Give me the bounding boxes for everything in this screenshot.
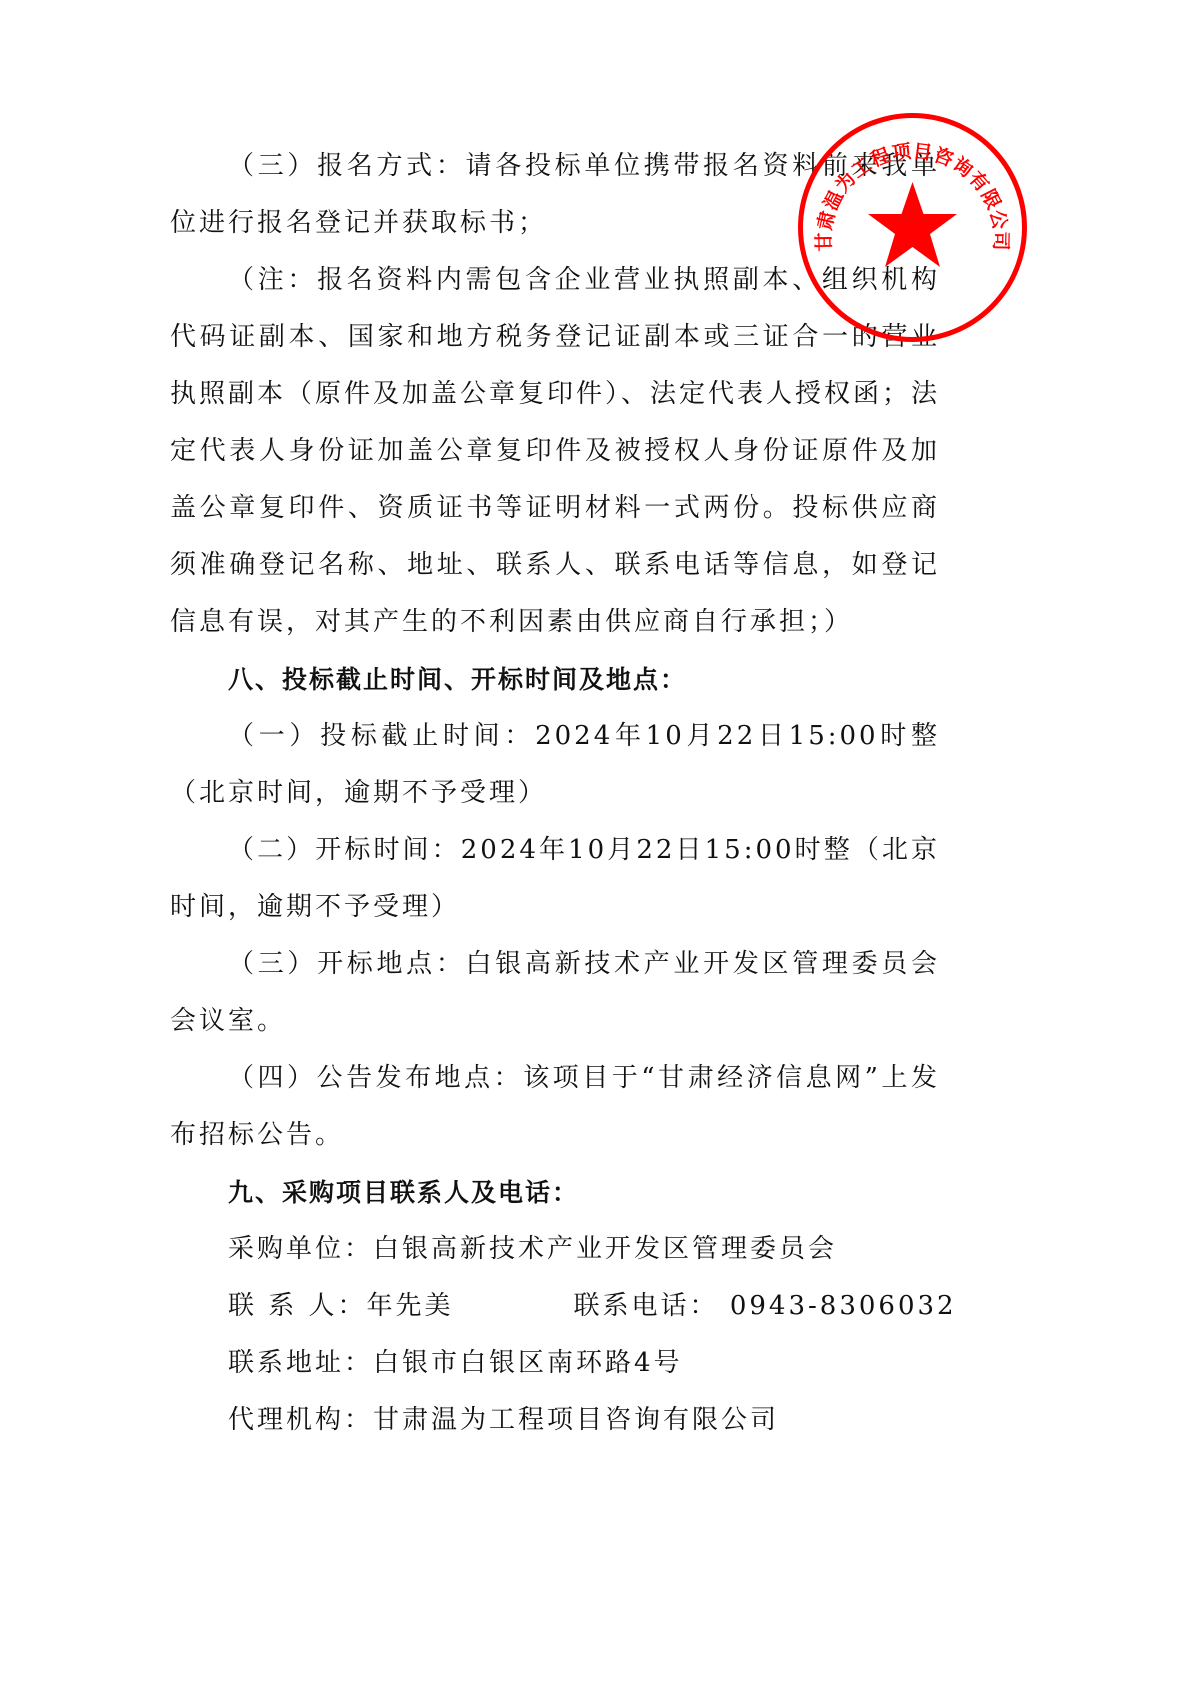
purchaser-value: 白银高新技术产业开发区管理委员会 — [373, 1234, 837, 1264]
purchaser-label: 采购单位： — [228, 1221, 373, 1278]
bid-opening-location-paragraph: （三）开标地点：白银高新技术产业开发区管理委员会会议室。 — [170, 936, 940, 1050]
agency-line: 代理机构：甘肃温为工程项目咨询有限公司 — [170, 1392, 940, 1449]
address-line: 联系地址：白银市白银区南环路4号 — [170, 1335, 940, 1392]
section-9-heading: 九、采购项目联系人及电话： — [170, 1164, 940, 1221]
document-page: （三）报名方式：请各投标单位携带报名资料前来我单位进行报名登记并获取标书； （注… — [0, 0, 1191, 1684]
phone-value: 0943-8306032 — [730, 1291, 957, 1321]
address-value: 白银市白银区南环路4号 — [373, 1348, 683, 1378]
announcement-location-paragraph: （四）公告发布地点：该项目于“甘肃经济信息网”上发布招标公告。 — [170, 1050, 940, 1164]
agency-label: 代理机构： — [228, 1392, 373, 1449]
contact-line: 联 系 人：年先美联系电话： 0943-8306032 — [170, 1278, 940, 1335]
registration-note-paragraph: （注：报名资料内需包含企业营业执照副本、组织机构代码证副本、国家和地方税务登记证… — [170, 252, 940, 651]
bid-opening-time-paragraph: （二）开标时间：2024年10月22日15:00时整（北京时间，逾期不予受理） — [170, 822, 940, 936]
document-body: （三）报名方式：请各投标单位携带报名资料前来我单位进行报名登记并获取标书； （注… — [170, 138, 940, 1449]
address-label: 联系地址： — [228, 1335, 373, 1392]
bid-deadline-paragraph: （一）投标截止时间：2024年10月22日15:00时整（北京时间，逾期不予受理… — [170, 708, 940, 822]
section-8-heading: 八、投标截止时间、开标时间及地点： — [170, 651, 940, 708]
registration-method-paragraph: （三）报名方式：请各投标单位携带报名资料前来我单位进行报名登记并获取标书； — [170, 138, 940, 252]
agency-value: 甘肃温为工程项目咨询有限公司 — [373, 1405, 779, 1435]
contact-person-label: 联 系 人： — [228, 1278, 367, 1335]
purchaser-line: 采购单位：白银高新技术产业开发区管理委员会 — [170, 1221, 940, 1278]
phone-label: 联系电话： — [574, 1278, 719, 1335]
contact-person-value: 年先美 — [367, 1291, 454, 1321]
